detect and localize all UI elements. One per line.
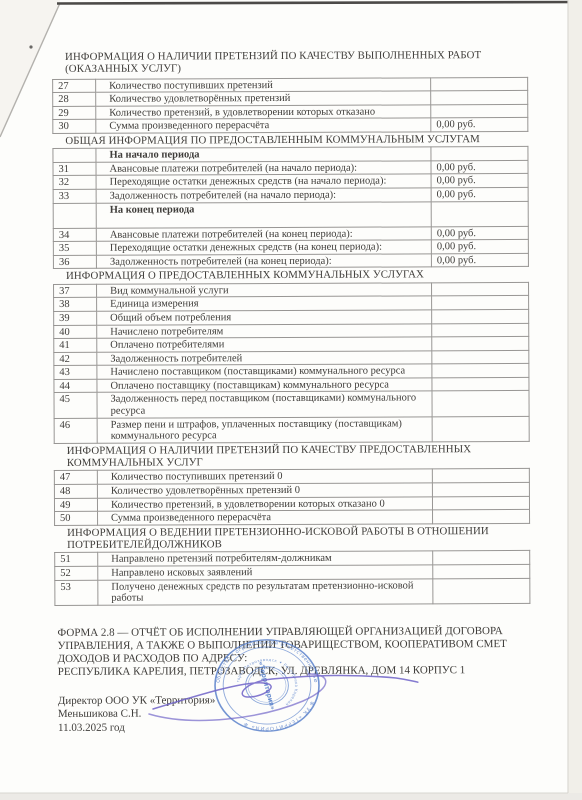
signature-scribble: [0, 0, 582, 800]
